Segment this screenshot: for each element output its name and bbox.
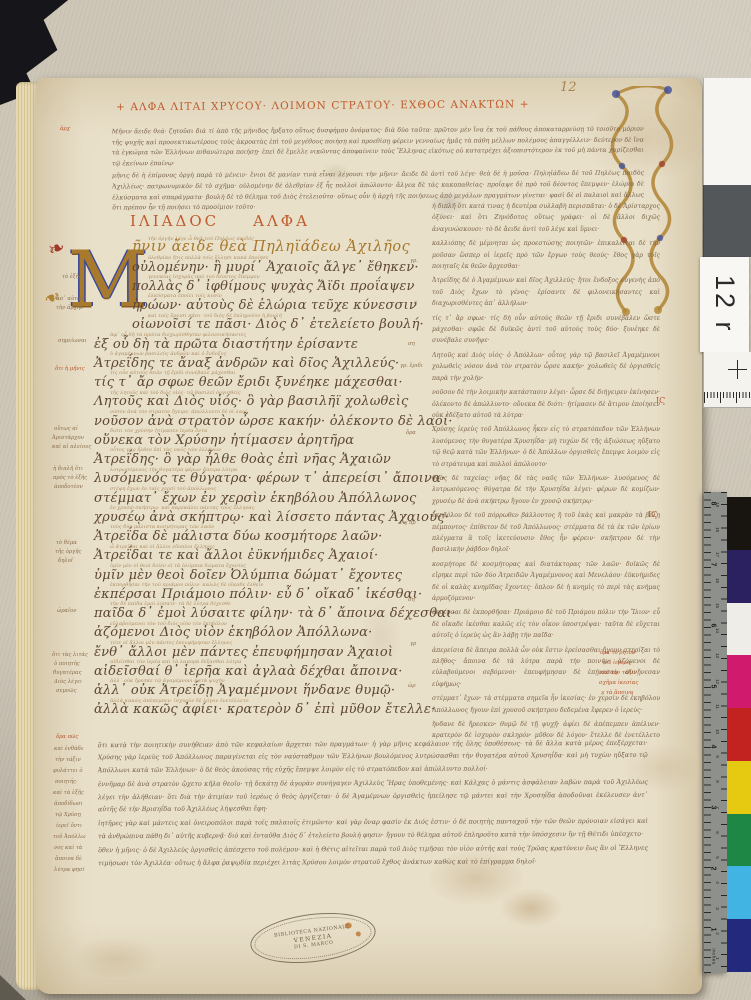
scholion-paragraph: ὅτι κατὰ τὴν ποιητικὴν συνήθειαν ἀπὸ τῶν… (98, 737, 648, 777)
margin-note: ὅτι ἡ μῆνις (55, 366, 85, 372)
margin-note: ὅτι τὰς λιτὰς (52, 652, 88, 658)
cm-number: 7 (715, 806, 720, 809)
scholion-paragraph: θοὰς δὲ ταχείας· νῆας δὲ τὰς ναῦς τῶν Ἑλ… (432, 473, 660, 507)
marginal-scholia-right: ἡ διπλῆ ὅτι κατά τινας ἡ δευτέρα συλλαβὴ… (432, 201, 660, 743)
manuscript-page: 12 + ΑΛΦΑ ΛΙΤΑΙ ΧΡΥCΟΥ· ΛΟΙΜΟΝ CΤΡΑΤΟΥ· … (36, 78, 702, 994)
color-patch (727, 655, 751, 708)
book-heading: ΙΛΙΑΔΟCΑΛΦΑ (130, 212, 310, 230)
margin-note: πρὸς τὸ ἑξῆς (53, 475, 87, 481)
margin-note: τὸ θέμα (56, 540, 77, 546)
folio-number-ink: 12 (560, 80, 577, 95)
margin-note: Διὸς λέγει (54, 679, 82, 685)
cm-number: 4 (715, 882, 720, 885)
scholion-paragraph: ἑκηβόλου δὲ τοῦ πόρρωθεν βάλλοντος ἢ τοῦ… (432, 510, 660, 556)
cm-number: 12 (715, 678, 720, 683)
marginal-scholia-bottom: ὅτι κατὰ τὴν ποιητικὴν συνήθειαν ἀπὸ τῶν… (98, 737, 649, 907)
scholion-paragraph: Λητοῦς καὶ Διὸς υἱός· ὁ Ἀπόλλων· οὗτος γ… (432, 350, 660, 384)
cm-number: 6 (715, 831, 720, 834)
color-patch (727, 497, 751, 550)
verse-line: τὴν ὀργήν λέγε ὦ θεά τοῦ Πηλέως παιδόςῆν… (94, 238, 446, 257)
scholion-paragraph: ὅθεν ἡ μῆνις· ὁ δὲ Ἀχιλλεὺς ὀργισθεὶς ἀπ… (98, 842, 648, 869)
margin-note: καὶ τὰ ἑξῆς (53, 790, 84, 796)
scholion-paragraph: νοῦσον δὲ τὴν λοιμικὴν κατάστασιν λέγει·… (432, 387, 660, 421)
margin-note: λύτρα φησί (54, 867, 84, 873)
margin-note: ἀρχ (60, 126, 70, 132)
cm-number: 13 (715, 653, 720, 658)
margin-note: ἀποδίδωσι (54, 801, 83, 807)
iliad-text-block: τὴν ὀργήν λέγε ὦ θεά τοῦ Πηλέως παιδόςῆν… (94, 238, 446, 719)
margin-note: σεμνῶς (56, 688, 76, 694)
cm-number: 19 (715, 502, 720, 507)
margin-note: σημείωσαι (58, 338, 87, 344)
color-patches (727, 497, 751, 972)
book-title-rubric: + ΑΛΦΑ ΛΙΤΑΙ ΧΡΥCΟΥ· ΛΟΙΜΟΝ CΤΡΑΤΟΥ· ΕΧΘ… (116, 99, 476, 114)
initial-flourish-icon: ❧ (44, 234, 68, 262)
color-patch (727, 761, 751, 814)
color-patch (727, 866, 751, 919)
cm-number: 3 (715, 907, 720, 910)
cm-numbers: 19181716151413121110987654321 (713, 502, 722, 961)
cm-number: 1 (715, 957, 720, 960)
scholion-paragraph: Μῆνιν ἄειδε θεά· ζητοῦσι διὰ τί ἀπὸ τῆς … (112, 125, 644, 170)
margin-note: ὡραῖον (57, 608, 77, 614)
cm-number: 2 (715, 932, 720, 935)
cm-number: 11 (715, 704, 720, 709)
heading-iliados: ΙΛΙΑΔΟC (130, 212, 219, 230)
registration-cross (703, 352, 751, 392)
scholion-paragraph: κοσμήτορε δὲ κοσμήτορας καὶ διατάκτορας … (432, 559, 660, 605)
cm-number: 10 (715, 729, 720, 734)
ruler-unit-label: inches (711, 948, 716, 964)
scholion-paragraph: Ἀτρεΐδης δὲ ὁ Ἀγαμέμνων καὶ δῖος Ἀχιλλεύ… (432, 275, 660, 309)
scholion-paragraph: τίς τ᾽ ἄρ σφωε· τίς δὴ οὖν αὐτοὺς θεῶν τ… (432, 313, 660, 347)
margin-note: καὶ αἱ πλείους (52, 444, 91, 450)
cm-number: 17 (715, 552, 720, 557)
margin-note: θυγατέρας (53, 670, 82, 676)
stamp-line1: BIBLIOTECA NAZIONALE (274, 924, 351, 938)
scholion-paragraph: ἀπερείσια δὲ ἄπειρα πολλὰ ὧν οὐκ ἔστιν ἐ… (432, 645, 660, 691)
margin-note: τὴν τάξιν (55, 757, 81, 763)
verse-line: ἀλλὰ κακῶς ἀπέπεμπεν· ἰσχυρὸν δὲ λόγον ἐ… (94, 700, 446, 719)
foxing-dot (344, 922, 352, 929)
scale-gray-card (703, 185, 751, 257)
color-patch (727, 814, 751, 867)
margin-note: ὅρα πῶς (56, 734, 78, 740)
margin-note: τῆς ὀργῆς (55, 549, 81, 555)
color-patch (727, 708, 751, 761)
margin-note: ποιητής· (55, 779, 78, 785)
heading-alpha: ΑΛΦΑ (253, 212, 310, 230)
cm-number: 8 (715, 781, 720, 784)
foxing-dot (356, 931, 362, 937)
verse-line: γενναίας ἰσχυρὰς πρὸ τοῦ δέοντος ἔπεμψεν… (94, 277, 446, 296)
folio-label: 12 r (700, 257, 749, 352)
scholion-paragraph: Χρύσης ἱερεὺς τοῦ Ἀπόλλωνος ἧκεν εἰς τὸ … (432, 424, 660, 470)
scholion-paragraph: ἐννῆμαρ δὲ ἀνὰ στρατὸν ᾤχετο κῆλα θεοῖο·… (98, 776, 648, 816)
folio-label-text: 12 r (709, 275, 740, 334)
manuscript-photo: 12 + ΑΛΦΑ ΛΙΤΑΙ ΧΡΥCΟΥ· ΛΟΙΜΟΝ CΤΡΑΤΟΥ· … (0, 0, 751, 1000)
verse-line: ὀλεθρίαν ἥτις πολλὰ τοῖς ἕλλησι κακὰ ἐπο… (94, 257, 446, 276)
scholion-paragraph: ἐκπέρσαι δὲ ἐκπορθῆσαι· Πριάμοιο δὲ τοῦ … (432, 607, 660, 641)
color-patch (727, 603, 751, 656)
color-patch (727, 550, 751, 603)
cm-number: 15 (715, 603, 720, 608)
mm-ruler (703, 392, 751, 408)
scale-white-card (703, 78, 751, 185)
margin-note: τοῦ Ἀπόλλω (53, 834, 86, 840)
cm-number: 5 (715, 856, 720, 859)
margin-note: ἀποδοτέον (54, 484, 83, 490)
scholion-paragraph: καλλιόπης δὲ μέμνηται ὡς προεστώσης ποιη… (432, 238, 660, 272)
inch-ruler: 87654321 19181716151413121110987654321 i… (704, 492, 727, 973)
stamp-line3: DI S. MARCO (294, 940, 334, 950)
cm-number: 9 (715, 755, 720, 758)
stamp-line2: VENEZIA (293, 932, 333, 944)
margin-note: ἄποινα δὲ (55, 856, 82, 862)
margin-note: ἡ διπλῆ ὅτι (53, 466, 83, 472)
margin-note: τῷ Χρύσῃ (55, 812, 81, 818)
margin-note: δηλοῖ (58, 558, 73, 564)
margin-note: Ἀριστάρχου (52, 435, 84, 441)
margin-note: ὁ ποιητὴς (54, 661, 80, 667)
cm-number: 14 (715, 628, 720, 633)
scholion-paragraph: στέμματ᾽ ἔχων· τὰ στέμματα σημεῖα ἦν ἱκε… (432, 693, 660, 716)
scholion-paragraph: ἡ διπλῆ ὅτι κατά τινας ἡ δευτέρα συλλαβὴ… (432, 201, 660, 235)
initial-flourish-icon: ❧ (40, 284, 64, 312)
color-patch (727, 919, 751, 972)
library-stamp: BIBLIOTECA NAZIONALE VENEZIA DI S. MARCO (248, 907, 379, 970)
margin-note: ἱερεῖ ὄντι (56, 823, 82, 829)
scholion-paragraph: ἰητῆρες γὰρ καὶ μάντεις καὶ ὀνειροπόλοι … (98, 815, 648, 842)
margin-note: καὶ ἐνθάδε (54, 746, 84, 752)
margin-note: νος καὶ τὰ (54, 845, 82, 851)
cm-number: 16 (715, 578, 720, 583)
cm-number: 18 (715, 527, 720, 532)
margin-note: οὕτως αἱ (54, 426, 78, 432)
margin-note: φυλάττει ὁ (53, 768, 83, 774)
